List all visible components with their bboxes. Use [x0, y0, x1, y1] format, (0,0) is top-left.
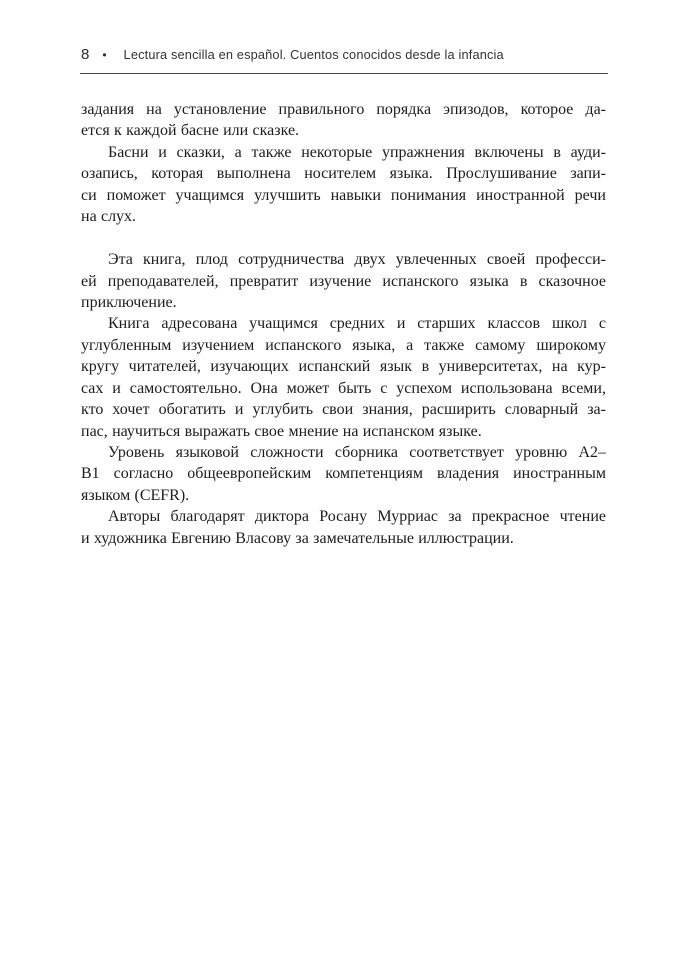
paragraph: Уровень языковой сложности сборника соот…	[81, 442, 606, 506]
text-line: B1 согласно общеевропейским компетенциям…	[81, 463, 606, 484]
text-line: кто хочет обогатить и углубить свои знан…	[81, 399, 606, 420]
text-line: Басни и сказки, а также некоторые упражн…	[81, 142, 606, 163]
text-line: на слух.	[81, 206, 606, 227]
paragraph: Эта книга, плод сотрудничества двух увле…	[81, 249, 606, 313]
text-line: Книга адресована учащимся средних и стар…	[81, 313, 606, 334]
header-rule	[80, 73, 608, 74]
text-line: Эта книга, плод сотрудничества двух увле…	[81, 249, 606, 270]
text-line: сах и самостоятельно. Она может быть с у…	[81, 378, 606, 399]
text-line: углубленным изучением испанского языка, …	[81, 335, 606, 356]
text-line: ей преподавателей, превратит изучение ис…	[81, 271, 606, 292]
paragraph: Книга адресована учащимся средних и стар…	[81, 313, 606, 442]
running-title: Lectura sencilla en español. Cuentos con…	[124, 47, 504, 62]
text-line: ется к каждой басне или сказке.	[81, 120, 606, 141]
text-line: приключение.	[81, 292, 606, 313]
page-number: 8	[81, 46, 89, 64]
text-line: си поможет учащимся улучшить навыки пони…	[81, 185, 606, 206]
text-line: озапись, которая выполнена носителем язы…	[81, 163, 606, 184]
text-line: и художника Евгению Власову за замечател…	[81, 528, 606, 549]
text-line: задания на установление правильного поря…	[81, 99, 606, 120]
paragraph: задания на установление правильного поря…	[81, 99, 606, 142]
text-line: кругу читателей, изучающих испанский язы…	[81, 356, 606, 377]
paragraph: Басни и сказки, а также некоторые упражн…	[81, 142, 606, 228]
book-page: 8 • Lectura sencilla en español. Cuentos…	[0, 0, 681, 970]
paragraph: Авторы благодарят диктора Росану Мурриас…	[81, 506, 606, 549]
text-line: пас, научиться выражать свое мнение на и…	[81, 421, 606, 442]
page-body: задания на установление правильного поря…	[81, 99, 606, 549]
text-line: Уровень языковой сложности сборника соот…	[81, 442, 606, 463]
text-line: Авторы благодарят диктора Росану Мурриас…	[81, 506, 606, 527]
blank-line	[81, 228, 606, 249]
page-header: 8 • Lectura sencilla en español. Cuentos…	[81, 46, 608, 64]
bullet-separator-icon: •	[102, 48, 106, 62]
text-line: языком (CEFR).	[81, 485, 606, 506]
